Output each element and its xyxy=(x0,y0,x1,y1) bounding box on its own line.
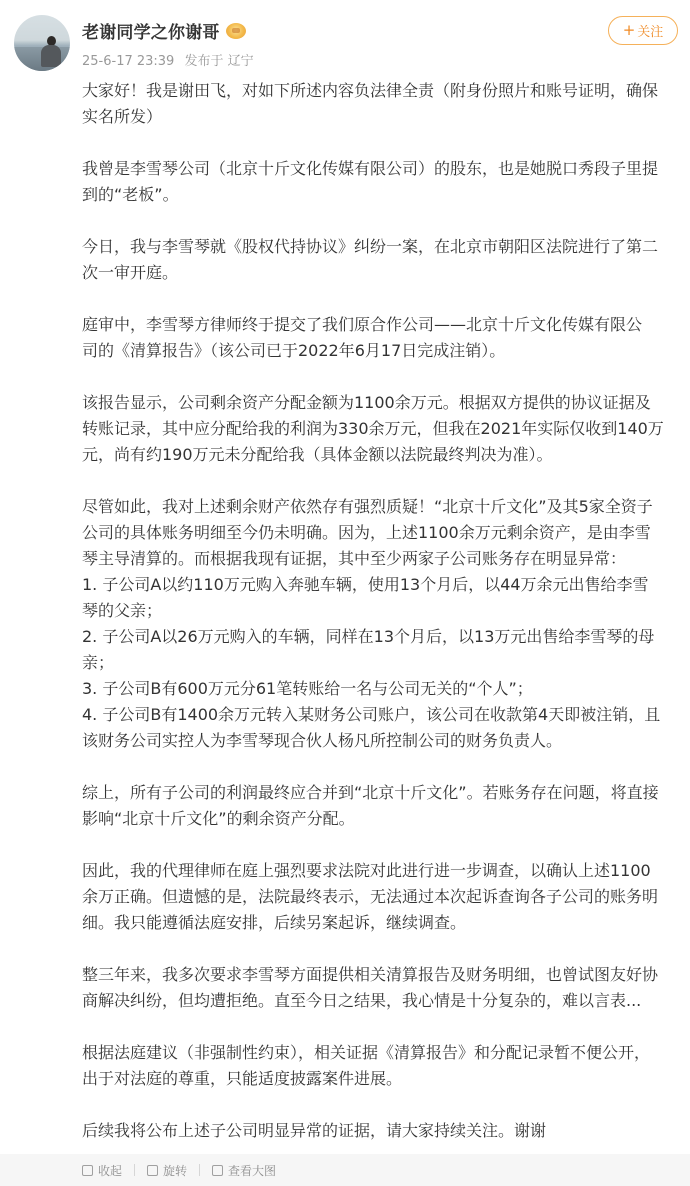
text-line: 因此，我的代理律师在庭上强烈要求法院对此进行进一步调查，以确认上述1100 xyxy=(82,858,682,884)
text-line: 细。我只能遵循法庭安排，后续另案起诉，继续调查。 xyxy=(82,910,682,936)
paragraph: 综上，所有子公司的利润最终应合并到“北京十斤文化”。若账务存在问题，将直接 影响… xyxy=(82,780,682,832)
post-location: 发布于 辽宁 xyxy=(184,54,253,69)
divider xyxy=(199,1164,200,1176)
text-line: 元，尚有约190万元未分配给我（具体金额以法院最终判决为准）。 xyxy=(82,442,682,468)
paragraph: 根据法庭建议（非强制性约束），相关证据《清算报告》和分配记录暂不便公开， 出于对… xyxy=(82,1040,682,1092)
text-line: 该财务公司实控人为李雪琴现合伙人杨凡所控制公司的财务负责人。 xyxy=(82,728,682,754)
follow-button[interactable]: + 关注 xyxy=(608,16,678,45)
weibo-post: 老谢同学之你谢哥 25-6-17 23:39 发布于 辽宁 + 关注 大家好！我… xyxy=(0,0,690,1186)
collapse-button[interactable]: 收起 xyxy=(82,1162,122,1179)
collapse-icon xyxy=(82,1165,93,1176)
text-line: 庭审中，李雪琴方律师终于提交了我们原合作公司——北京十斤文化传媒有限公 xyxy=(82,312,682,338)
view-large-image-button[interactable]: 查看大图 xyxy=(212,1162,276,1179)
image-toolbar: 收起 旋转 查看大图 xyxy=(0,1154,690,1186)
text-line: 尽管如此，我对上述剩余财产依然存有强烈质疑！“北京十斤文化”及其5家全资子 xyxy=(82,494,682,520)
text-line: 到的“老板”。 xyxy=(82,182,682,208)
text-line: 大家好！我是谢田飞，对如下所述内容负法律全责（附身份照片和账号证明，确保 xyxy=(82,78,682,104)
text-line: 商解决纠纷，但均遭拒绝。直至今日之结果，我心情是十分复杂的，难以言表... xyxy=(82,988,682,1014)
follow-label: 关注 xyxy=(637,21,663,40)
avatar-person-body xyxy=(41,45,61,67)
paragraph: 因此，我的代理律师在庭上强烈要求法院对此进行进一步调查，以确认上述1100 余万… xyxy=(82,858,682,936)
list-item-3: 3. 子公司B有600万元分61笔转账给一名与公司无关的“个人”； xyxy=(82,676,682,702)
username-row: 老谢同学之你谢哥 xyxy=(82,18,246,43)
text-line: 次一审开庭。 xyxy=(82,260,682,286)
text-line: 琴的父亲； xyxy=(82,598,682,624)
text-line: 整三年来，我多次要求李雪琴方面提供相关清算报告及财务明细，也曾试图友好协 xyxy=(82,962,682,988)
text-line: 综上，所有子公司的利润最终应合并到“北京十斤文化”。若账务存在问题，将直接 xyxy=(82,780,682,806)
list-item-1: 1. 子公司A以约110万元购入奔驰车辆，使用13个月后，以44万余元出售给李雪 xyxy=(82,572,682,598)
paragraph: 该报告显示，公司剩余资产分配金额为1100余万元。根据双方提供的协议证据及 转账… xyxy=(82,390,682,468)
paragraph: 整三年来，我多次要求李雪琴方面提供相关清算报告及财务明细，也曾试图友好协 商解决… xyxy=(82,962,682,1014)
view-large-image-icon xyxy=(212,1165,223,1176)
text-line: 该报告显示，公司剩余资产分配金额为1100余万元。根据双方提供的协议证据及 xyxy=(82,390,682,416)
post-header: 老谢同学之你谢哥 25-6-17 23:39 发布于 辽宁 + 关注 xyxy=(0,0,690,76)
text-line: 余万正确。但遗憾的是，法院最终表示，无法通过本次起诉查询各子公司的账务明 xyxy=(82,884,682,910)
text-line: 影响“北京十斤文化”的剩余资产分配。 xyxy=(82,806,682,832)
text-line: 我曾是李雪琴公司（北京十斤文化传媒有限公司）的股东，也是她脱口秀段子里提 xyxy=(82,156,682,182)
post-timestamp: 25-6-17 23:39 xyxy=(82,54,174,69)
text-line: 司的《清算报告》（该公司已于2022年6月17日完成注销）。 xyxy=(82,338,682,364)
paragraph: 我曾是李雪琴公司（北京十斤文化传媒有限公司）的股东，也是她脱口秀段子里提 到的“… xyxy=(82,156,682,208)
text-line: 公司的具体账务明细至今仍未明确。因为，上述1100余万元剩余资产，是由李雪 xyxy=(82,520,682,546)
text-line: 出于对法庭的尊重，只能适度披露案件进展。 xyxy=(82,1066,682,1092)
paragraph: 庭审中，李雪琴方律师终于提交了我们原合作公司——北京十斤文化传媒有限公 司的《清… xyxy=(82,312,682,364)
text-line: 琴主导清算的。而根据我现有证据，其中至少两家子公司账务存在明显异常： xyxy=(82,546,682,572)
text-line: 后续我将公布上述子公司明显异常的证据，请大家持续关注。谢谢 xyxy=(82,1118,682,1144)
rotate-icon xyxy=(147,1165,158,1176)
rotate-label: 旋转 xyxy=(163,1162,187,1179)
avatar[interactable] xyxy=(14,15,70,71)
divider xyxy=(134,1164,135,1176)
vip-crown-icon xyxy=(226,23,246,39)
paragraph: 后续我将公布上述子公司明显异常的证据，请大家持续关注。谢谢 xyxy=(82,1118,682,1144)
text-line: 实名所发） xyxy=(82,104,682,130)
list-item-2: 2. 子公司A以26万元购入的车辆，同样在13个月后，以13万元出售给李雪琴的母 xyxy=(82,624,682,650)
text-line: 转账记录，其中应分配给我的利润为330余万元，但我在2021年实际仅收到140万 xyxy=(82,416,682,442)
view-large-image-label: 查看大图 xyxy=(228,1162,276,1179)
post-body: 大家好！我是谢田飞，对如下所述内容负法律全责（附身份照片和账号证明，确保 实名所… xyxy=(82,78,682,1170)
paragraph: 大家好！我是谢田飞，对如下所述内容负法律全责（附身份照片和账号证明，确保 实名所… xyxy=(82,78,682,130)
list-item-4: 4. 子公司B有1400余万元转入某财务公司账户，该公司在收款第4天即被注销，且 xyxy=(82,702,682,728)
rotate-button[interactable]: 旋转 xyxy=(147,1162,187,1179)
text-line: 亲； xyxy=(82,650,682,676)
paragraph: 今日，我与李雪琴就《股权代持协议》纠纷一案，在北京市朝阳区法院进行了第二 次一审… xyxy=(82,234,682,286)
paragraph-with-list: 尽管如此，我对上述剩余财产依然存有强烈质疑！“北京十斤文化”及其5家全资子 公司… xyxy=(82,494,682,754)
post-meta: 25-6-17 23:39 发布于 辽宁 xyxy=(82,50,260,69)
collapse-label: 收起 xyxy=(98,1162,122,1179)
text-line: 根据法庭建议（非强制性约束），相关证据《清算报告》和分配记录暂不便公开， xyxy=(82,1040,682,1066)
plus-icon: + xyxy=(623,23,636,38)
author-name[interactable]: 老谢同学之你谢哥 xyxy=(82,18,220,43)
text-line: 今日，我与李雪琴就《股权代持协议》纠纷一案，在北京市朝阳区法院进行了第二 xyxy=(82,234,682,260)
